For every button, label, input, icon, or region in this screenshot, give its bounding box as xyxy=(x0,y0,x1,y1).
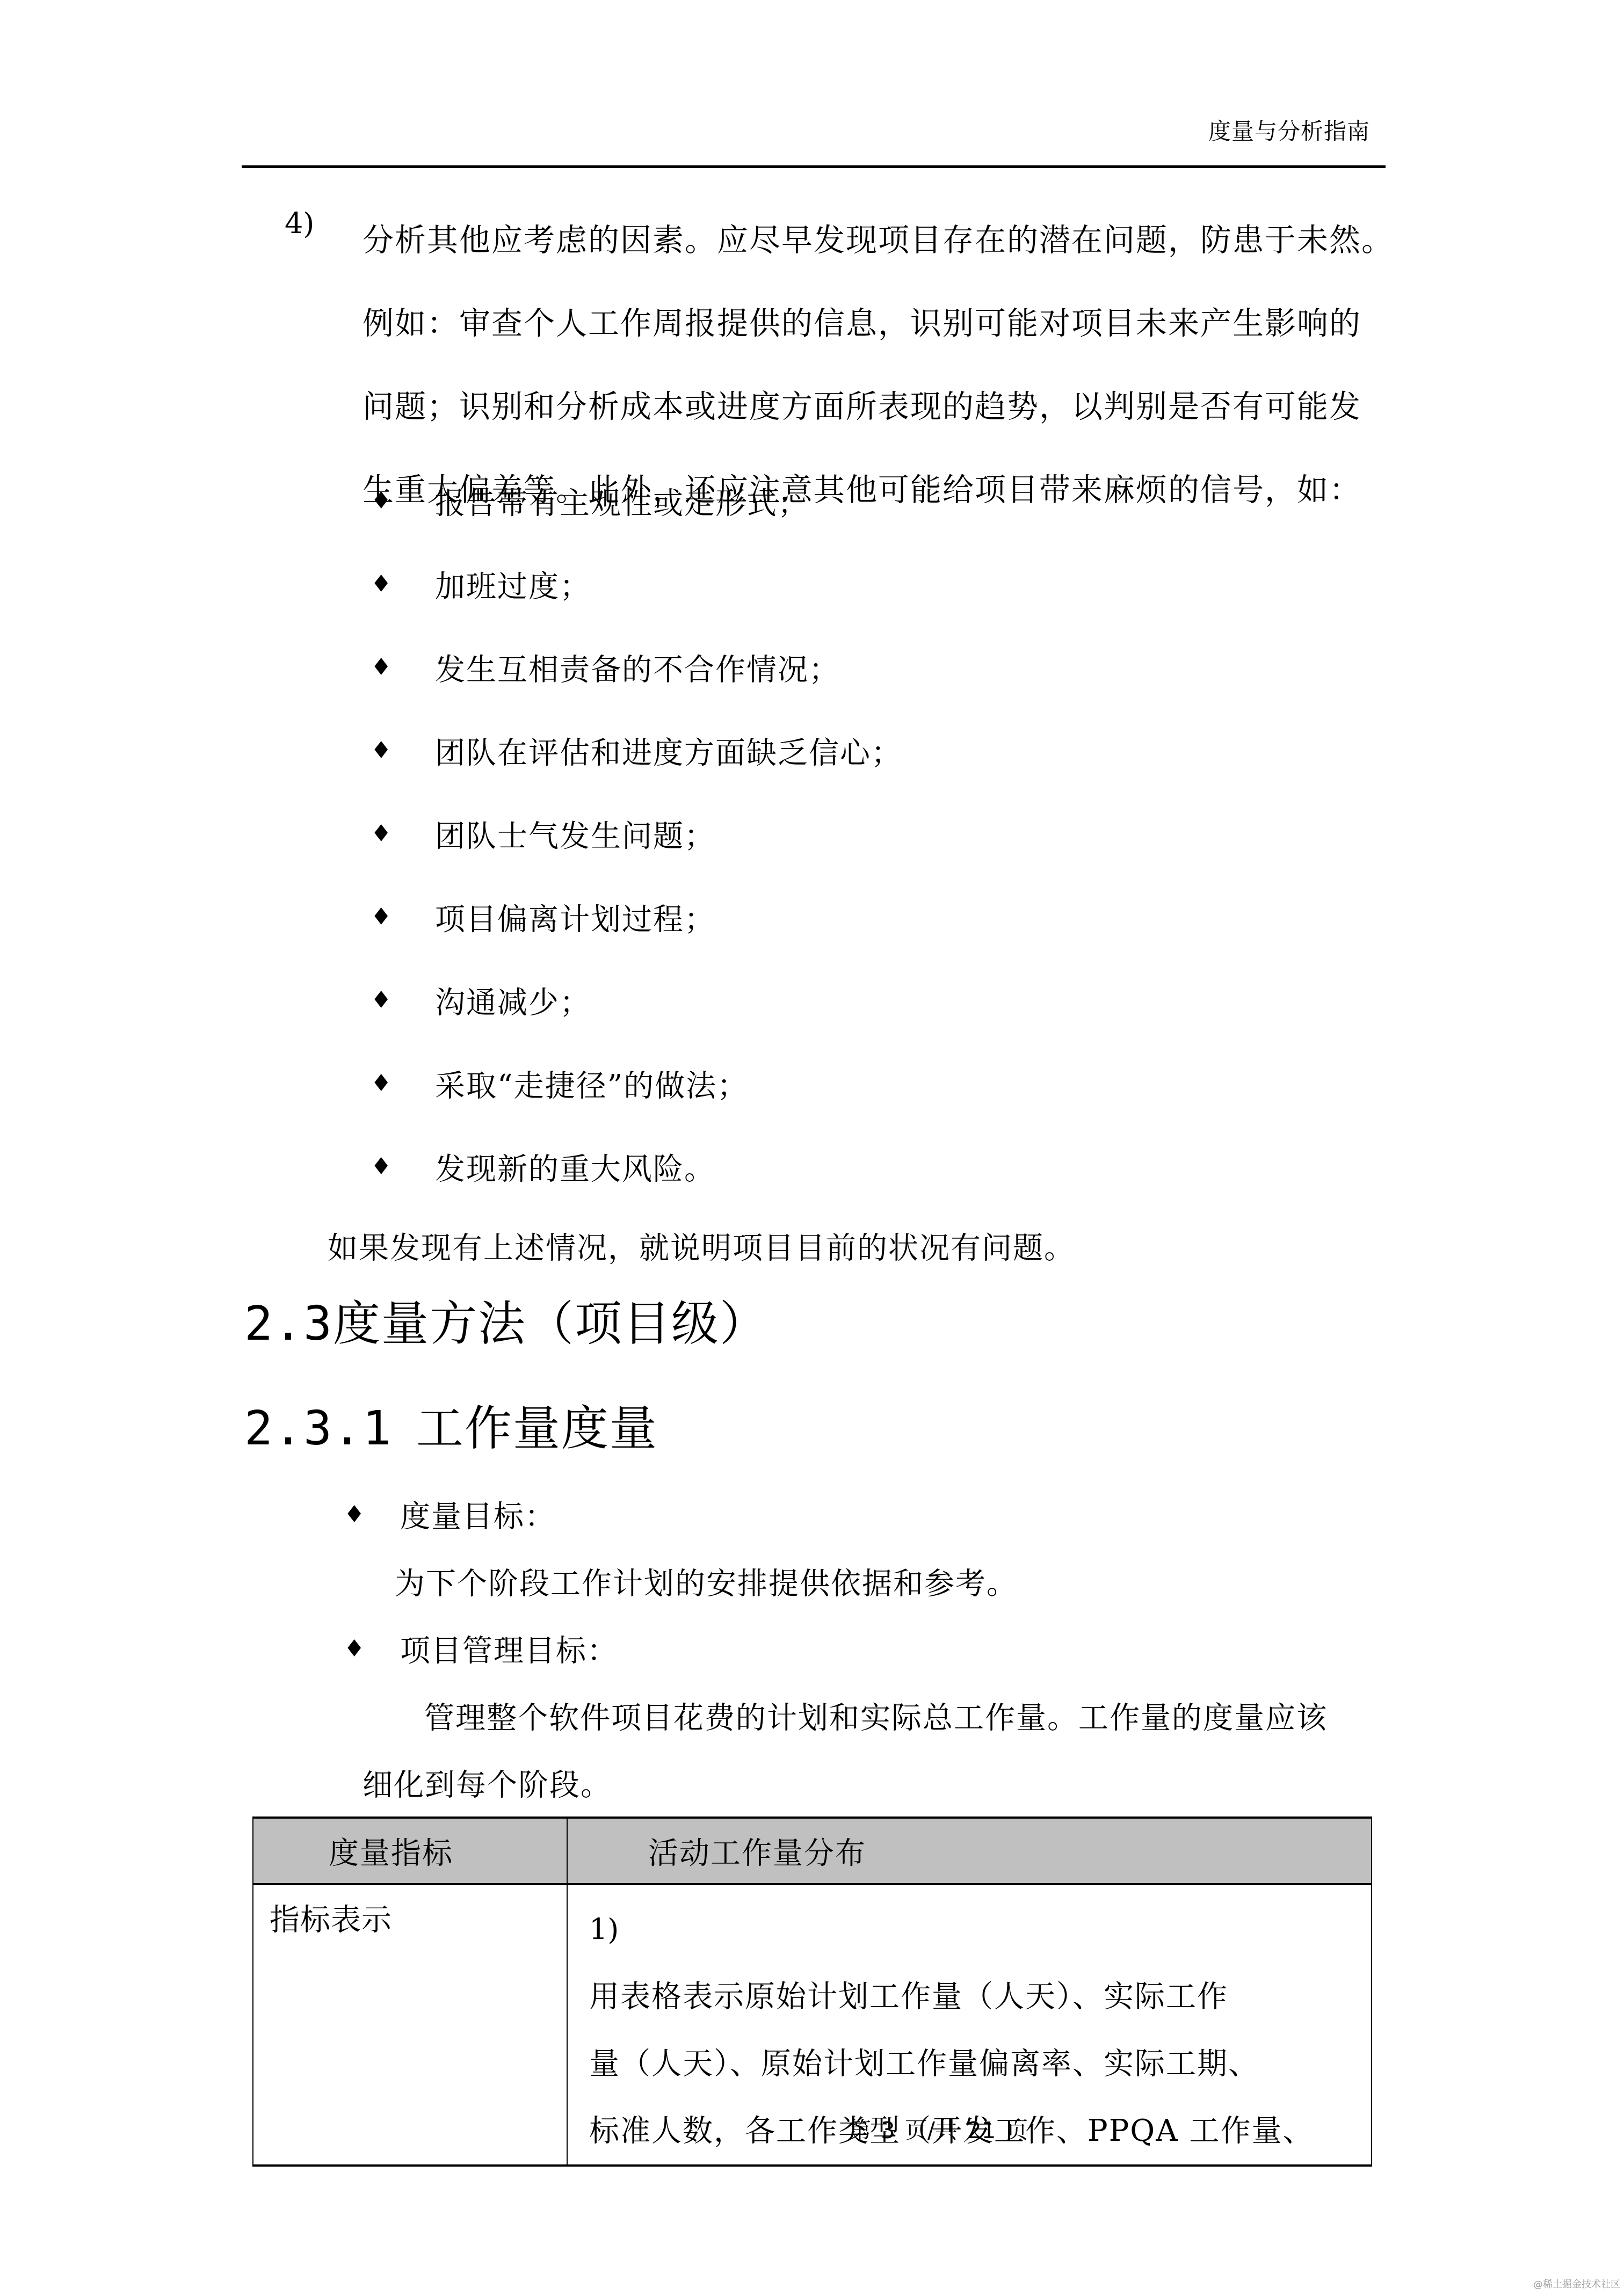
page-footer: 第3页/共21页 xyxy=(849,2113,1038,2145)
subsection-title: 工作量度量 xyxy=(416,1400,658,1456)
metric-table: 度量指标 活动工作量分布 指标表示 1) 用表格表示原始计划工作量（人天）、实际… xyxy=(252,1817,1372,2167)
total-pages: 21 xyxy=(967,2117,996,2144)
diamond-bullet-icon: ♦ xyxy=(371,905,435,929)
section-heading: 2.3度量方法（项目级） xyxy=(244,1286,768,1354)
subsection-number: 2.3.1 xyxy=(244,1400,416,1456)
table-header-value: 活动工作量分布 xyxy=(567,1818,1372,1884)
paragraph-line: 分析其他应考虑的因素。应尽早发现项目存在的潜在问题，防患于未然。 xyxy=(363,199,1394,282)
watermark: @稀土掘金技术社区 xyxy=(1533,2277,1620,2291)
diamond-bullet-icon: ♦ xyxy=(371,1155,435,1179)
table-cell-line: 量（人天）、原始计划工作量偏离率、实际工期、 xyxy=(589,2030,1314,2097)
diamond-bullet-icon: ♦ xyxy=(371,739,435,762)
list-item: ♦沟通减少； xyxy=(371,958,902,1042)
diamond-bullet-icon: ♦ xyxy=(371,1072,435,1095)
diamond-bullet-icon: ♦ xyxy=(371,989,435,1012)
list-item: ♦采取“走捷径”的做法； xyxy=(371,1042,902,1125)
list-item: ♦发生互相责备的不合作情况； xyxy=(371,626,902,709)
table-header-row: 度量指标 活动工作量分布 xyxy=(253,1818,1372,1884)
subsection-heading: 2.3.1工作量度量 xyxy=(244,1391,658,1458)
diamond-bullet-icon: ♦ xyxy=(344,1635,400,1662)
table-item-number: 1) xyxy=(589,1896,651,1963)
table-row: 指标表示 1) 用表格表示原始计划工作量（人天）、实际工作 量（人天）、原始计划… xyxy=(253,1884,1372,2166)
list-item: ♦团队在评估和进度方面缺乏信心； xyxy=(371,709,902,792)
pm-goal-label: 项目管理目标： xyxy=(400,1627,618,1670)
running-header-title: 度量与分析指南 xyxy=(1208,114,1370,146)
table-header-label: 度量指标 xyxy=(253,1818,567,1884)
list-item-number: 4) xyxy=(285,207,314,241)
measure-goal-item: ♦ 度量目标： xyxy=(344,1493,556,1536)
warning-signals-list: ♦报告带有主观性或走形式； ♦加班过度； ♦发生互相责备的不合作情况； ♦团队在… xyxy=(371,459,902,1208)
list-item: ♦项目偏离计划过程； xyxy=(371,875,902,958)
diamond-bullet-icon: ♦ xyxy=(371,822,435,846)
list-item: ♦报告带有主观性或走形式； xyxy=(371,459,902,542)
diamond-bullet-icon: ♦ xyxy=(344,1501,400,1528)
pm-goal-text-continued: 细化到每个阶段。 xyxy=(363,1761,612,1804)
list-item: ♦加班过度； xyxy=(371,542,902,626)
diamond-bullet-icon: ♦ xyxy=(371,656,435,679)
diamond-bullet-icon: ♦ xyxy=(371,572,435,596)
list-item: ♦团队士气发生问题； xyxy=(371,792,902,875)
measure-goal-label: 度量目标： xyxy=(400,1493,556,1536)
diamond-bullet-icon: ♦ xyxy=(371,489,435,513)
paragraph-line: 问题；识别和分析成本或进度方面所表现的趋势，以判别是否有可能发 xyxy=(363,365,1394,448)
table-row-label: 指标表示 xyxy=(253,1884,567,2166)
summary-paragraph: 如果发现有上述情况，就说明项目目前的状况有问题。 xyxy=(328,1224,1075,1267)
current-page-number: 3 xyxy=(881,2117,895,2144)
list-item: ♦发现新的重大风险。 xyxy=(371,1125,902,1208)
measure-goal-text: 为下个阶段工作计划的安排提供依据和参考。 xyxy=(395,1560,1018,1603)
pm-goal-text: 管理整个软件项目花费的计划和实际总工作量。工作量的度量应该 xyxy=(424,1694,1328,1737)
paragraph-line: 例如：审查个人工作周报提供的信息，识别可能对项目未来产生影响的 xyxy=(363,282,1394,365)
header-divider xyxy=(242,165,1386,168)
table-cell-line: 用表格表示原始计划工作量（人天）、实际工作 xyxy=(589,1963,1314,2030)
pm-goal-item: ♦ 项目管理目标： xyxy=(344,1627,618,1670)
